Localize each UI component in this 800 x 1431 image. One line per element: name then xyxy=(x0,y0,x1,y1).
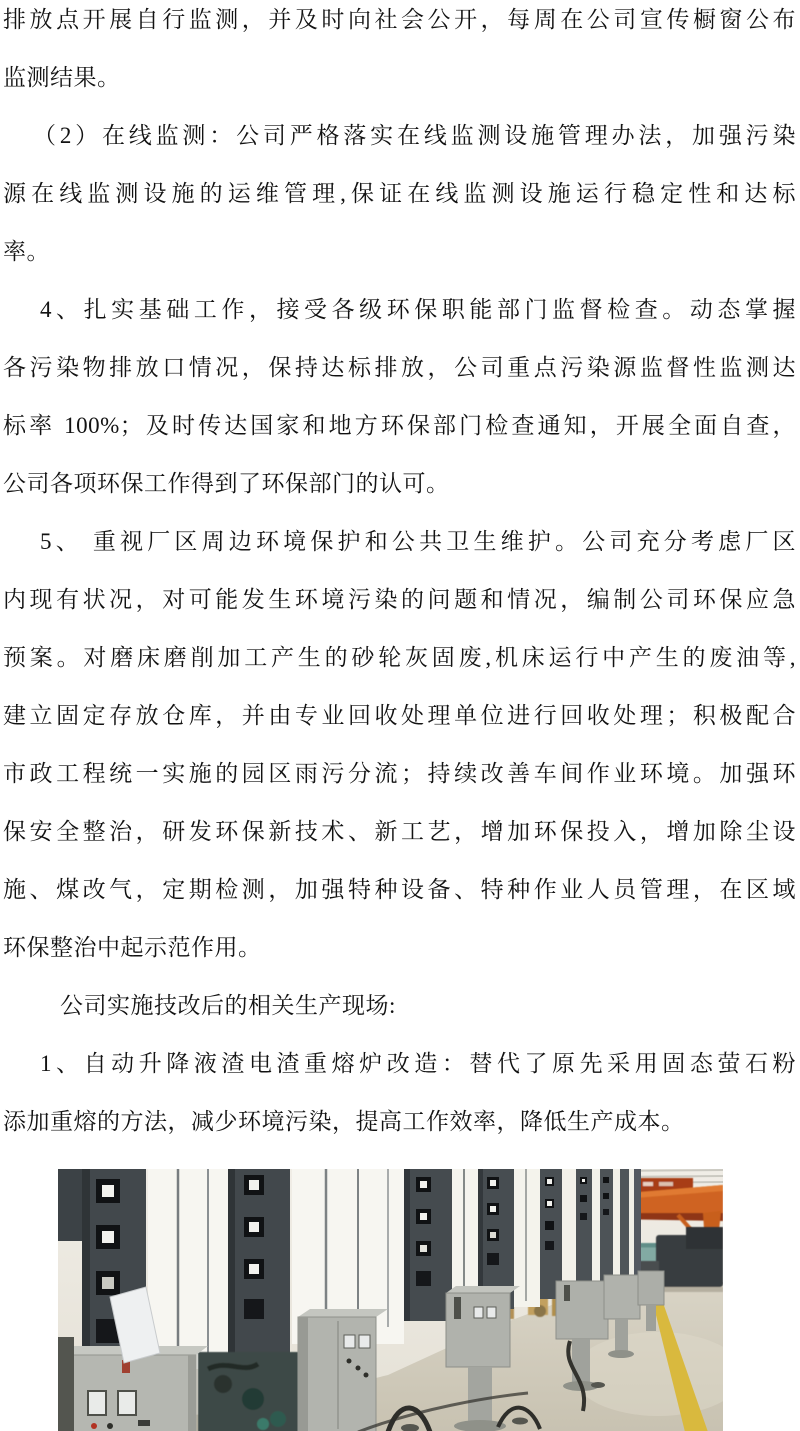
document-text: 排放点开展自行监测，并及时向社会公开，每周在公司宣传橱窗公布 监测结果。 （2）… xyxy=(0,0,800,1151)
text-line: 1、自动升降液渣电渣重熔炉改造：替代了原先采用固态萤石粉 xyxy=(3,1035,796,1093)
text-line: 施、煤改气，定期检测，加强特种设备、特种作业人员管理，在区域 xyxy=(3,861,796,919)
control-cabinet xyxy=(298,1309,388,1431)
text-line: 标率 100%；及时传达国家和地方环保部门检查通知，开展全面自查， xyxy=(3,397,796,455)
furnace-column xyxy=(540,1169,562,1299)
furnace-column xyxy=(404,1169,452,1321)
text-line: 市政工程统一实施的园区雨污分流；持续改善车间作业环境。加强环 xyxy=(3,745,796,803)
text-line: 预案。对磨床磨削加工产生的砂轮灰固废,机床运行中产生的废油等, xyxy=(3,629,796,687)
text-line: 环保整治中起示范作用。 xyxy=(3,919,796,977)
text-line: 5、 重视厂区周边环境保护和公共卫生维护。公司充分考虑厂区 xyxy=(3,513,796,571)
text-line: 内现有状况，对可能发生环境污染的问题和情况，编制公司环保应急 xyxy=(3,571,796,629)
dark-machinery xyxy=(198,1352,298,1431)
furnace-column xyxy=(600,1169,613,1286)
text-line: 源在线监测设施的运维管理,保证在线监测设施运行稳定性和达标 xyxy=(3,165,796,223)
left-dark-strip xyxy=(58,1337,74,1431)
factory-workshop-illustration xyxy=(58,1169,723,1431)
text-line: 排放点开展自行监测，并及时向社会公开，每周在公司宣传橱窗公布 xyxy=(3,0,796,49)
text-line: 公司实施技改后的相关生产现场: xyxy=(3,977,796,1035)
furnace-column xyxy=(228,1169,290,1361)
text-line: 保安全整治，研发环保新技术、新工艺，增加环保投入，增加除尘设 xyxy=(3,803,796,861)
text-line: 监测结果。 xyxy=(3,49,796,107)
furnace-column xyxy=(634,1169,641,1279)
text-line: 4、扎实基础工作，接受各级环保职能部门监督检查。动态掌握 xyxy=(3,281,796,339)
text-line: 建立固定存放仓库，并由专业回收处理单位进行回收处理；积极配合 xyxy=(3,687,796,745)
text-line: 率。 xyxy=(3,223,796,281)
text-line: 添加重熔的方法，减少环境污染，提高工作效率，降低生产成本。 xyxy=(3,1093,796,1151)
furnace-column xyxy=(620,1169,629,1282)
furnace-column xyxy=(576,1169,592,1291)
production-site-photo xyxy=(58,1169,723,1431)
text-line: 公司各项环保工作得到了环保部门的认可。 xyxy=(3,455,796,513)
text-line: 各污染物排放口情况，保持达标排放，公司重点污染源监督性监测达 xyxy=(3,339,796,397)
text-line: （2）在线监测：公司严格落实在线监测设施管理办法，加强污染 xyxy=(3,107,796,165)
